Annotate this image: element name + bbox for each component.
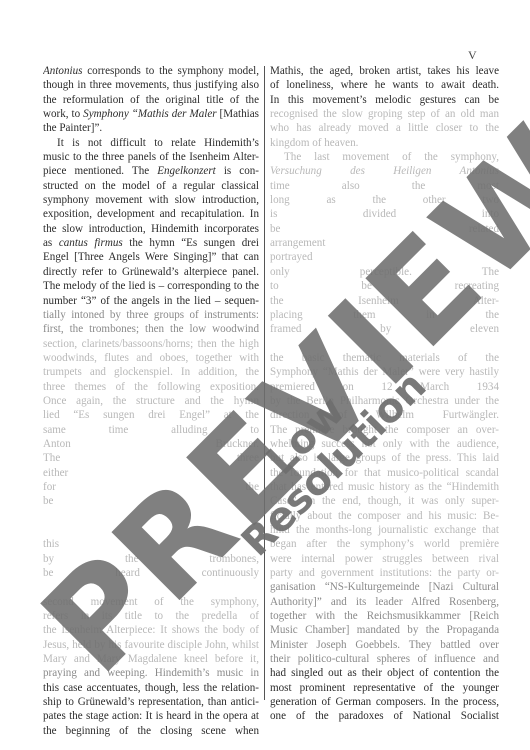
text-line: by the trombones, (43, 552, 259, 566)
left-column: Antonius corresponds to the symphony mod… (43, 64, 259, 738)
text-line: Music Chamber] mandated by the Propagand… (270, 623, 499, 637)
text-line: praying and weeping. Hindemith’s music i… (43, 666, 259, 680)
text-line: by the Berlin Philharmonic Orchestra und… (270, 394, 499, 408)
text-line: be heard continuously (43, 566, 259, 580)
text-line: only perceptible. The (270, 265, 499, 279)
text-line: ficially about the composer and his musi… (270, 509, 499, 523)
text-line: direction of Wilhelm Furtwängler. (270, 408, 499, 422)
text-line: that has entered music history as the “H… (270, 480, 499, 494)
text-line: the foundation for that musico-political… (270, 466, 499, 480)
text-line: pates the stage action: It is heard in t… (43, 709, 259, 723)
text-line: premiered on 12 March 1934 (270, 380, 499, 394)
text-line: as cantus firmus the hymn “Es sungen dre… (43, 236, 259, 250)
text-line: together with the Reichsmusikkammer [Rei… (270, 609, 499, 623)
text-line: Minister Joseph Goebbels. They battled o… (270, 638, 499, 652)
text-line: time also the most (270, 179, 499, 193)
text-line: The premiere brought the composer an ove… (270, 423, 499, 437)
text-line: Engel [Three Angels Were Singing]” that … (43, 250, 259, 264)
text-line: In this movement’s melodic gestures can … (270, 93, 499, 107)
text-line: had singled out as their object of conte… (270, 666, 499, 680)
text-line: Case”. In the end, though, it was only s… (270, 494, 499, 508)
text-line: one of the paradoxes of National Sociali… (270, 709, 499, 723)
text-line: the Isenheim Alter- (270, 294, 499, 308)
text-line: first, the trombones; then the low woodw… (43, 322, 259, 336)
text-line: generation of German composers. In the p… (270, 695, 499, 709)
text-line: Antonius corresponds to the symphony mod… (43, 64, 259, 78)
text-line: symphony movement with slow introduction… (43, 193, 259, 207)
column-divider (264, 66, 265, 700)
text-line: kingdom of heaven. (270, 136, 499, 150)
text-line: Mary and Mary Magdalene kneel before it, (43, 652, 259, 666)
text-line: same time alluding to (43, 423, 259, 437)
text-line: portrayed (270, 250, 499, 264)
text-line: Anton Bruckner. (43, 437, 259, 451)
text-line: Mathis, the aged, broken artist, takes h… (270, 64, 499, 78)
text-line: piece mentioned. The Engelkonzert is con… (43, 164, 259, 178)
text-line: ship to Grünewald’s representation, than… (43, 695, 259, 709)
text-line (43, 580, 259, 594)
text-line: the Isenheim Alterpiece: It shows the bo… (43, 623, 259, 637)
text-line: The last movement of the symphony, (270, 150, 499, 164)
text-line: The three (43, 451, 259, 465)
right-column: Mathis, the aged, broken artist, takes h… (270, 64, 499, 724)
text-line: hind the months-long journalistic exchan… (270, 523, 499, 537)
text-line: this (43, 537, 259, 551)
text-line: lied “Es sungen drei Engel” at the (43, 408, 259, 422)
text-line: framed by eleven (270, 322, 499, 336)
text-line: of loneliness, where he wants to await d… (270, 78, 499, 92)
text-line: arrangement (270, 236, 499, 250)
text-line: ganisation “NS-Kulturgemeinde [Nazi Cult… (270, 580, 499, 594)
text-line: the slow introduction, Hindemith incorpo… (43, 222, 259, 236)
text-line: the basic thematic materials of the (270, 351, 499, 365)
text-line: directly refer to Grünewald’s alterpiece… (43, 265, 259, 279)
text-line: the reformulation of the original title … (43, 93, 259, 107)
text-line: music to the three panels of the Isenhei… (43, 150, 259, 164)
text-line: whelming success not only with the audie… (270, 437, 499, 451)
text-line: long as the other two (270, 193, 499, 207)
text-line (43, 523, 259, 537)
text-line: Authority]” and its leader Alfred Rosenb… (270, 595, 499, 609)
text-line: the beginning of the closing scene when (43, 724, 259, 738)
text-line: to be recreating (270, 279, 499, 293)
text-line: placing them in the (270, 308, 499, 322)
text-line: number “3” of the angels in the lied – s… (43, 294, 259, 308)
text-line: woodwinds, flutes and oboes, together wi… (43, 351, 259, 365)
text-line: either (43, 466, 259, 480)
text-line: Once again, the structure and the hymn (43, 394, 259, 408)
text-line: It is not difficult to relate Hindemith’… (43, 136, 259, 150)
text-line: Versuchung des Heiligen Antonius (270, 164, 499, 178)
text-line: is divided into (270, 207, 499, 221)
text-line: tially intoned by three groups of instru… (43, 308, 259, 322)
text-line: their politico-cultural spheres of influ… (270, 652, 499, 666)
text-line: The melody of the lied is – correspondin… (43, 279, 259, 293)
page-number: V (468, 48, 477, 63)
text-line: but also in large groups of the press. T… (270, 451, 499, 465)
text-line: three themes of the following exposition… (43, 380, 259, 394)
text-line (270, 337, 499, 351)
text-line: who has already moved a little closer to… (270, 121, 499, 135)
text-line: Jesus, held by his favourite disciple Jo… (43, 638, 259, 652)
text-line: work, to Symphony “Mathis der Maler [Mat… (43, 107, 259, 121)
text-line: structed on the model of a regular class… (43, 179, 259, 193)
text-line: most prominent representative of the you… (270, 681, 499, 695)
text-line: for the (43, 480, 259, 494)
text-line: be (43, 494, 259, 508)
text-line: recognised the slow groping step of an o… (270, 107, 499, 121)
text-line: this case accentuates, though, less the … (43, 681, 259, 695)
text-line: exposition, development and recapitulati… (43, 207, 259, 221)
text-line: second movement of the symphony, (43, 595, 259, 609)
text-line: Symphony “Mathis der Maler” were very ha… (270, 365, 499, 379)
text-line: section, clarinets/bassoons/horns; then … (43, 337, 259, 351)
text-line (43, 509, 259, 523)
text-line: be related (270, 222, 499, 236)
text-line: began after the symphony’s world premièr… (270, 537, 499, 551)
text-line: refers in its title to the predella of (43, 609, 259, 623)
text-line: trumpets and glockenspiel. In addition, … (43, 365, 259, 379)
text-line: though in three movements, thus justifyi… (43, 78, 259, 92)
text-line: party and government institutions: the p… (270, 566, 499, 580)
text-line: the Painter]”. (43, 121, 259, 135)
text-line: were internal power struggles between ri… (270, 552, 499, 566)
